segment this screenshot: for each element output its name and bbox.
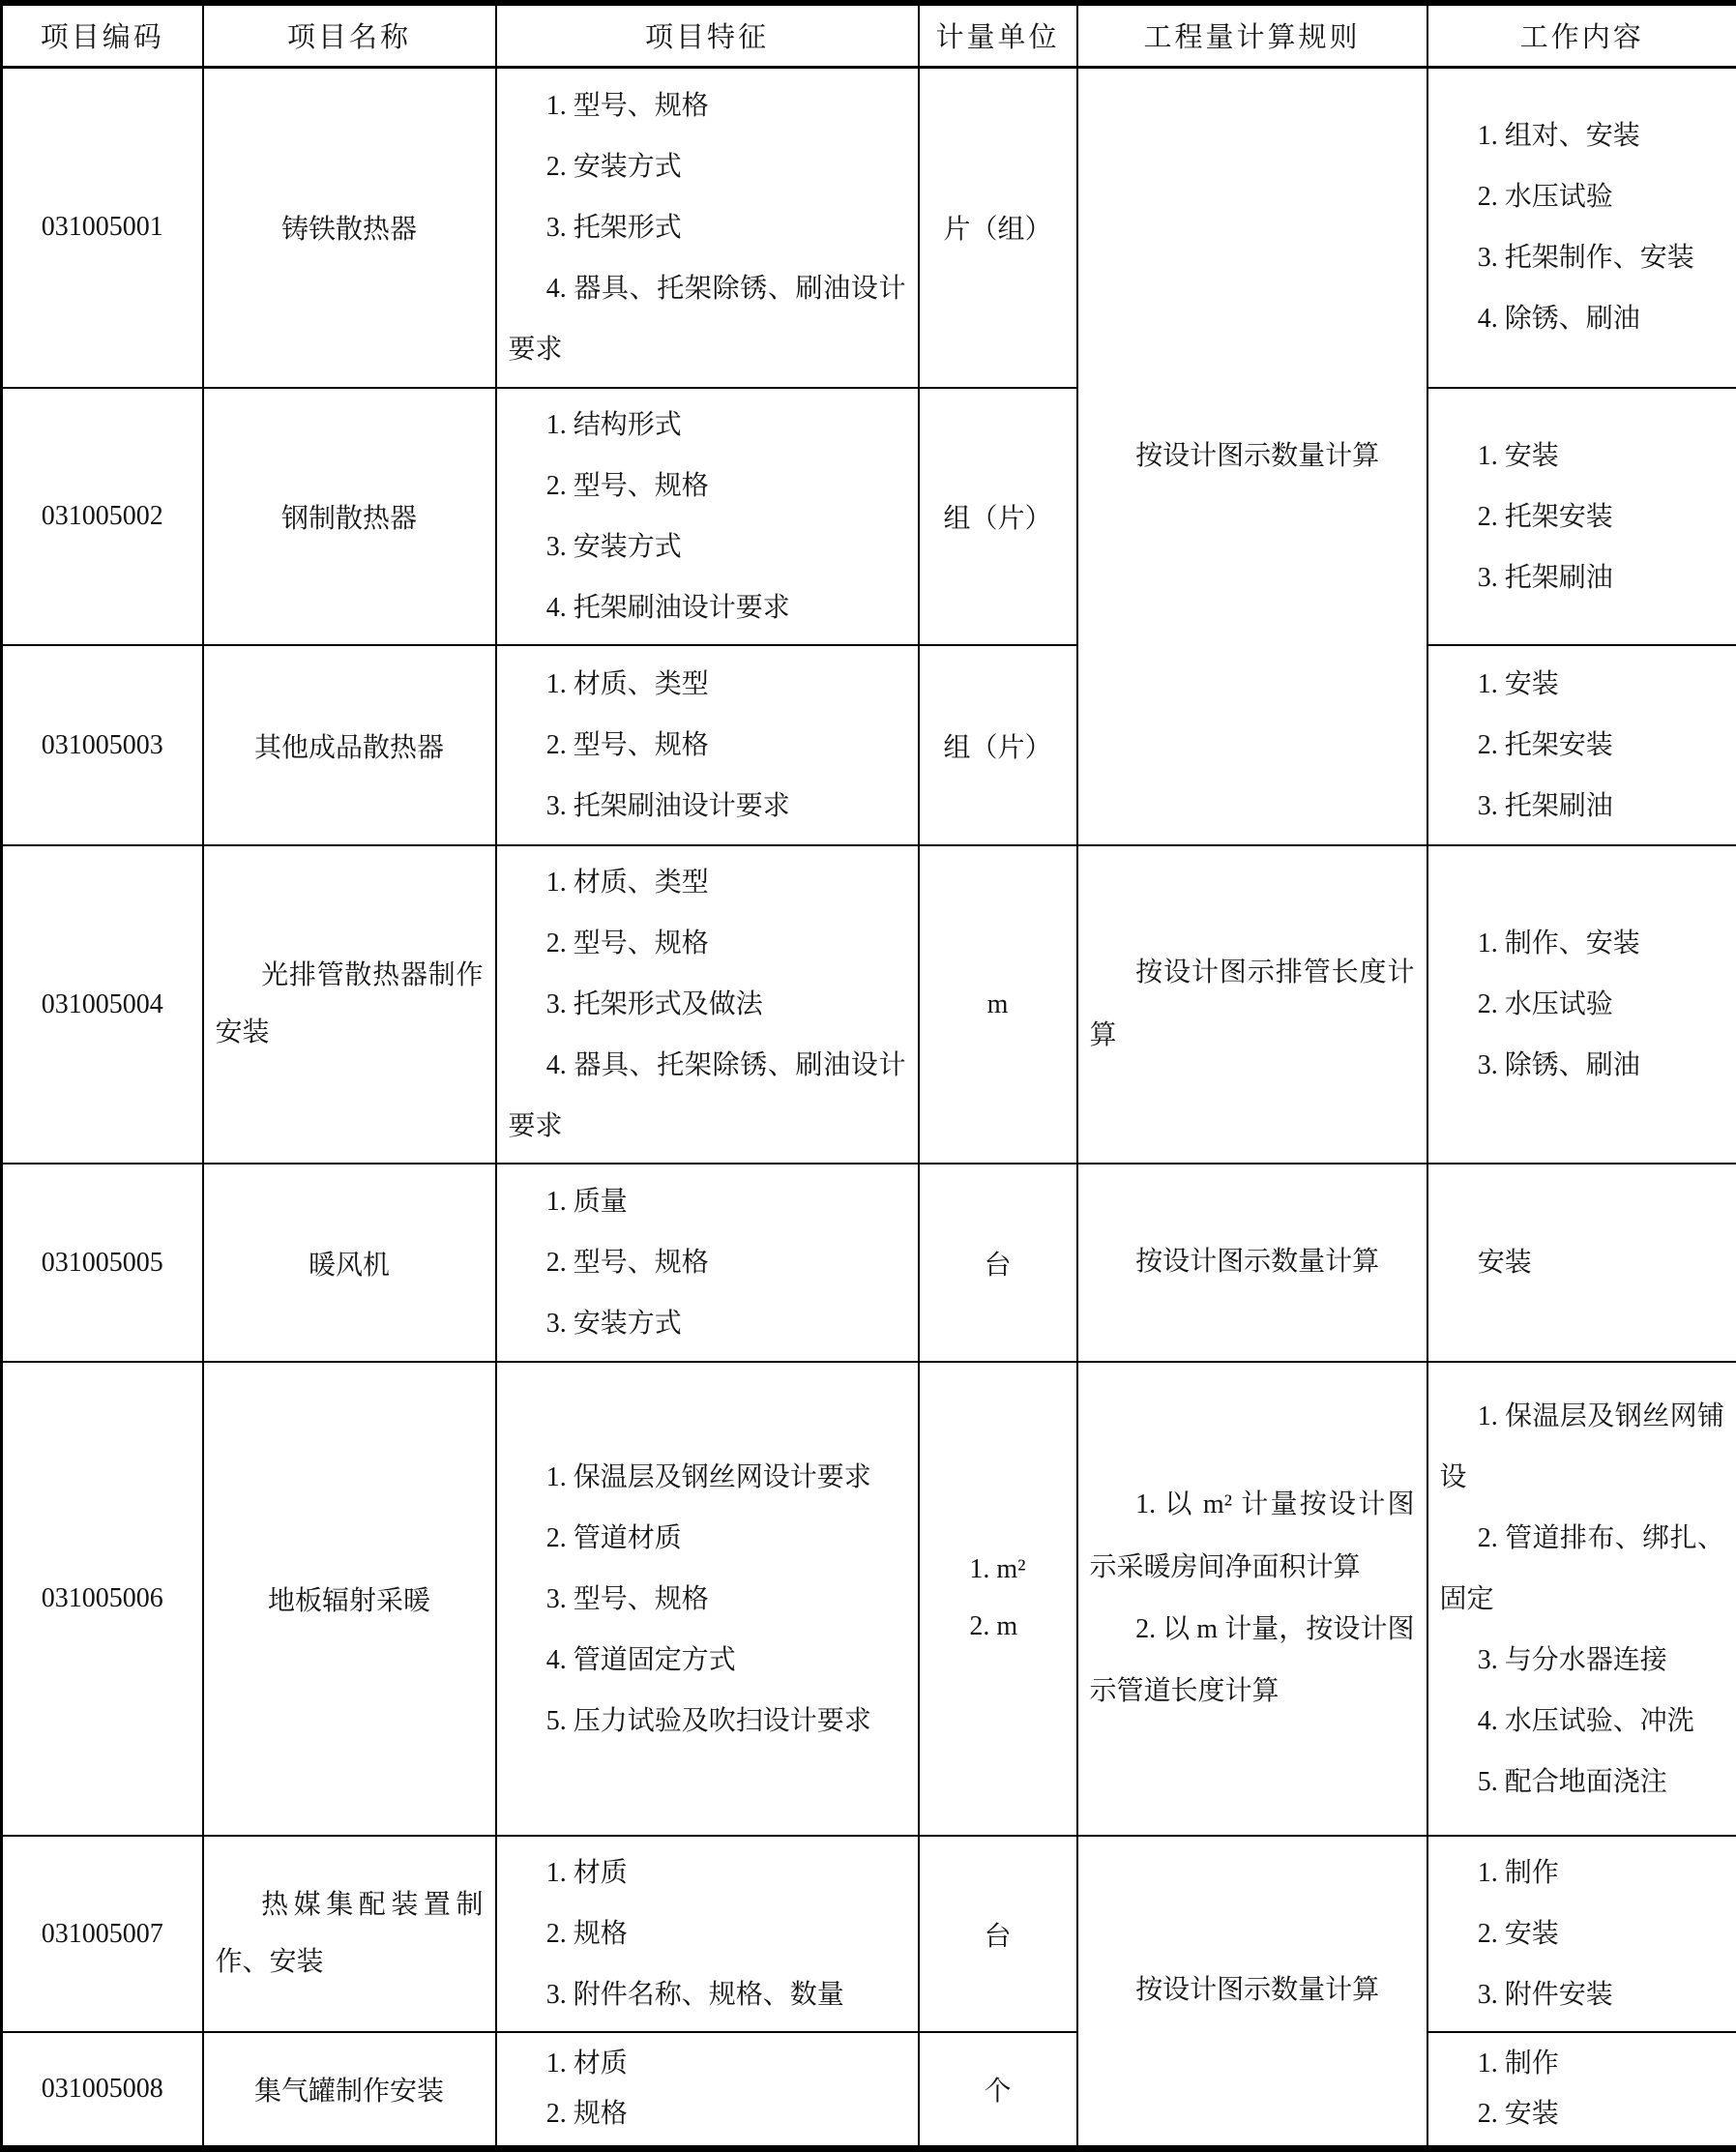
rule-cell: 按设计图示数量计算 bbox=[1077, 1836, 1427, 2148]
work-list: 1. 制作 2. 安装 3. 附件安装 bbox=[1427, 1836, 1736, 2032]
work-list: 1. 制作 2. 安装 bbox=[1427, 2032, 1736, 2148]
project-code: 031005002 bbox=[2, 388, 203, 645]
work-list: 1. 安装 2. 托架安装 3. 托架刷油 bbox=[1427, 645, 1736, 845]
unit-cell: 台 bbox=[919, 1164, 1077, 1362]
project-name: 光排管散热器制作安装 bbox=[203, 845, 496, 1164]
feature-item: 4. 器具、托架除锈、刷油设计要求 bbox=[509, 258, 906, 380]
work-list: 安装 bbox=[1427, 1164, 1736, 1362]
feature-item: 2. 规格 bbox=[509, 2089, 906, 2139]
work-item: 1. 保温层及钢丝网铺设 bbox=[1440, 1386, 1725, 1508]
project-code: 031005003 bbox=[2, 645, 203, 845]
feature-list: 1. 材质、类型 2. 型号、规格 3. 托架形式及做法 4. 器具、托架除锈、… bbox=[496, 845, 919, 1164]
rule-paragraph: 按设计图示排管长度计算 bbox=[1090, 942, 1415, 1067]
project-name: 钢制散热器 bbox=[203, 388, 496, 645]
rule-paragraph: 2. 以 m 计量，按设计图示管道长度计算 bbox=[1090, 1599, 1415, 1724]
work-item: 1. 安装 bbox=[1440, 426, 1725, 486]
project-name: 暖风机 bbox=[203, 1164, 496, 1362]
unit-cell: 台 bbox=[919, 1836, 1077, 2032]
feature-item: 2. 型号、规格 bbox=[509, 715, 906, 776]
table-row: 031005006 地板辐射采暖 1. 保温层及钢丝网设计要求 2. 管道材质 … bbox=[2, 1362, 1736, 1836]
unit-cell: 个 bbox=[919, 2032, 1077, 2148]
work-item: 2. 托架安装 bbox=[1440, 715, 1725, 776]
work-item: 安装 bbox=[1440, 1232, 1725, 1293]
feature-item: 1. 质量 bbox=[509, 1171, 906, 1232]
project-code: 031005006 bbox=[2, 1362, 203, 1836]
header-project-features: 项目特征 bbox=[496, 3, 919, 67]
rule-paragraph: 按设计图示数量计算 bbox=[1090, 426, 1415, 487]
unit-line: 2. m bbox=[969, 1599, 1025, 1656]
project-code: 031005008 bbox=[2, 2032, 203, 2148]
table-row: 031005007 热媒集配装置制作、安装 1. 材质 2. 规格 3. 附件名… bbox=[2, 1836, 1736, 2032]
work-list: 1. 制作、安装 2. 水压试验 3. 除锈、刷油 bbox=[1427, 845, 1736, 1164]
work-item: 4. 水压试验、冲洗 bbox=[1440, 1691, 1725, 1752]
project-code: 031005005 bbox=[2, 1164, 203, 1362]
header-project-name: 项目名称 bbox=[203, 3, 496, 67]
feature-list: 1. 结构形式 2. 型号、规格 3. 安装方式 4. 托架刷油设计要求 bbox=[496, 388, 919, 645]
feature-list: 1. 型号、规格 2. 安装方式 3. 托架形式 4. 器具、托架除锈、刷油设计… bbox=[496, 67, 919, 388]
work-item: 3. 托架制作、安装 bbox=[1440, 227, 1725, 288]
rule-paragraph: 按设计图示数量计算 bbox=[1090, 1960, 1415, 2021]
feature-item: 3. 安装方式 bbox=[509, 516, 906, 577]
feature-item: 1. 结构形式 bbox=[509, 395, 906, 456]
project-code: 031005004 bbox=[2, 845, 203, 1164]
rule-cell: 1. 以 m² 计量按设计图示采暖房间净面积计算 2. 以 m 计量，按设计图示… bbox=[1077, 1362, 1427, 1836]
work-item: 2. 安装 bbox=[1440, 2089, 1725, 2139]
work-item: 2. 安装 bbox=[1440, 1903, 1725, 1964]
feature-item: 2. 型号、规格 bbox=[509, 456, 906, 516]
feature-item: 2. 型号、规格 bbox=[509, 913, 906, 974]
feature-item: 1. 保温层及钢丝网设计要求 bbox=[509, 1447, 906, 1508]
feature-item: 1. 材质、类型 bbox=[509, 654, 906, 715]
header-project-code: 项目编码 bbox=[2, 3, 203, 67]
rule-paragraph: 1. 以 m² 计量按设计图示采暖房间净面积计算 bbox=[1090, 1474, 1415, 1599]
header-unit: 计量单位 bbox=[919, 3, 1077, 67]
feature-item: 3. 型号、规格 bbox=[509, 1569, 906, 1630]
project-name: 集气罐制作安装 bbox=[203, 2032, 496, 2148]
work-item: 3. 托架刷油 bbox=[1440, 776, 1725, 837]
work-item: 1. 制作 bbox=[1440, 1842, 1725, 1903]
unit-cell: m bbox=[919, 845, 1077, 1164]
feature-item: 4. 托架刷油设计要求 bbox=[509, 577, 906, 638]
table-row: 031005004 光排管散热器制作安装 1. 材质、类型 2. 型号、规格 3… bbox=[2, 845, 1736, 1164]
header-row: 项目编码 项目名称 项目特征 计量单位 工程量计算规则 工作内容 bbox=[2, 3, 1736, 67]
project-spec-table: 项目编码 项目名称 项目特征 计量单位 工程量计算规则 工作内容 0310050… bbox=[0, 0, 1736, 2152]
work-list: 1. 安装 2. 托架安装 3. 托架刷油 bbox=[1427, 388, 1736, 645]
feature-item: 1. 型号、规格 bbox=[509, 75, 906, 136]
feature-item: 4. 管道固定方式 bbox=[509, 1630, 906, 1691]
work-item: 1. 安装 bbox=[1440, 654, 1725, 715]
project-name: 热媒集配装置制作、安装 bbox=[203, 1836, 496, 2032]
project-name: 铸铁散热器 bbox=[203, 67, 496, 388]
header-calc-rule: 工程量计算规则 bbox=[1077, 3, 1427, 67]
feature-item: 3. 托架刷油设计要求 bbox=[509, 776, 906, 837]
feature-list: 1. 材质、类型 2. 型号、规格 3. 托架刷油设计要求 bbox=[496, 645, 919, 845]
unit-cell: 组（片） bbox=[919, 645, 1077, 845]
work-item: 2. 管道排布、绑扎、固定 bbox=[1440, 1508, 1725, 1630]
project-name: 其他成品散热器 bbox=[203, 645, 496, 845]
feature-item: 3. 安装方式 bbox=[509, 1293, 906, 1354]
feature-item: 2. 管道材质 bbox=[509, 1508, 906, 1569]
feature-item: 4. 器具、托架除锈、刷油设计要求 bbox=[509, 1035, 906, 1157]
work-item: 1. 制作 bbox=[1440, 2039, 1725, 2089]
table-row: 031005005 暖风机 1. 质量 2. 型号、规格 3. 安装方式 台 按… bbox=[2, 1164, 1736, 1362]
feature-item: 1. 材质、类型 bbox=[509, 852, 906, 913]
table-row: 031005008 集气罐制作安装 1. 材质 2. 规格 个 1. 制作 2.… bbox=[2, 2032, 1736, 2148]
feature-list: 1. 质量 2. 型号、规格 3. 安装方式 bbox=[496, 1164, 919, 1362]
work-item: 3. 除锈、刷油 bbox=[1440, 1035, 1725, 1096]
work-item: 1. 组对、安装 bbox=[1440, 105, 1725, 166]
document-page: 项目编码 项目名称 项目特征 计量单位 工程量计算规则 工作内容 0310050… bbox=[0, 0, 1736, 2119]
work-item: 4. 除锈、刷油 bbox=[1440, 288, 1725, 349]
unit-lines: 1. m² 2. m bbox=[969, 1542, 1025, 1656]
work-item: 2. 水压试验 bbox=[1440, 974, 1725, 1035]
rule-cell: 按设计图示排管长度计算 bbox=[1077, 845, 1427, 1164]
unit-cell: 1. m² 2. m bbox=[919, 1362, 1077, 1836]
work-list: 1. 保温层及钢丝网铺设 2. 管道排布、绑扎、固定 3. 与分水器连接 4. … bbox=[1427, 1362, 1736, 1836]
table-row: 031005003 其他成品散热器 1. 材质、类型 2. 型号、规格 3. 托… bbox=[2, 645, 1736, 845]
feature-item: 2. 安装方式 bbox=[509, 136, 906, 197]
project-name: 地板辐射采暖 bbox=[203, 1362, 496, 1836]
feature-item: 2. 规格 bbox=[509, 1903, 906, 1964]
header-work-content: 工作内容 bbox=[1427, 3, 1736, 67]
work-item: 2. 水压试验 bbox=[1440, 166, 1725, 227]
rule-cell: 按设计图示数量计算 bbox=[1077, 67, 1427, 845]
feature-list: 1. 材质 2. 规格 bbox=[496, 2032, 919, 2148]
project-name-text: 热媒集配装置制作、安装 bbox=[216, 1877, 484, 1991]
table-row: 031005001 铸铁散热器 1. 型号、规格 2. 安装方式 3. 托架形式… bbox=[2, 67, 1736, 388]
feature-list: 1. 材质 2. 规格 3. 附件名称、规格、数量 bbox=[496, 1836, 919, 2032]
rule-paragraph: 按设计图示数量计算 bbox=[1090, 1231, 1415, 1293]
feature-item: 5. 压力试验及吹扫设计要求 bbox=[509, 1691, 906, 1752]
work-item: 3. 与分水器连接 bbox=[1440, 1630, 1725, 1691]
feature-item: 3. 托架形式 bbox=[509, 197, 906, 258]
project-code: 031005001 bbox=[2, 67, 203, 388]
feature-list: 1. 保温层及钢丝网设计要求 2. 管道材质 3. 型号、规格 4. 管道固定方… bbox=[496, 1362, 919, 1836]
feature-item: 3. 附件名称、规格、数量 bbox=[509, 1964, 906, 2025]
feature-item: 1. 材质 bbox=[509, 2039, 906, 2089]
table-row: 031005002 钢制散热器 1. 结构形式 2. 型号、规格 3. 安装方式… bbox=[2, 388, 1736, 645]
work-list: 1. 组对、安装 2. 水压试验 3. 托架制作、安装 4. 除锈、刷油 bbox=[1427, 67, 1736, 388]
work-item: 2. 托架安装 bbox=[1440, 486, 1725, 547]
work-item: 3. 托架刷油 bbox=[1440, 547, 1725, 608]
feature-item: 2. 型号、规格 bbox=[509, 1232, 906, 1293]
unit-cell: 组（片） bbox=[919, 388, 1077, 645]
work-item: 5. 配合地面浇注 bbox=[1440, 1752, 1725, 1813]
work-item: 1. 制作、安装 bbox=[1440, 913, 1725, 974]
feature-item: 3. 托架形式及做法 bbox=[509, 974, 906, 1035]
feature-item: 1. 材质 bbox=[509, 1842, 906, 1903]
project-name-text: 光排管散热器制作安装 bbox=[216, 948, 484, 1062]
unit-line: 1. m² bbox=[969, 1542, 1025, 1599]
work-item: 3. 附件安装 bbox=[1440, 1964, 1725, 2025]
unit-cell: 片（组） bbox=[919, 67, 1077, 388]
project-code: 031005007 bbox=[2, 1836, 203, 2032]
rule-cell: 按设计图示数量计算 bbox=[1077, 1164, 1427, 1362]
